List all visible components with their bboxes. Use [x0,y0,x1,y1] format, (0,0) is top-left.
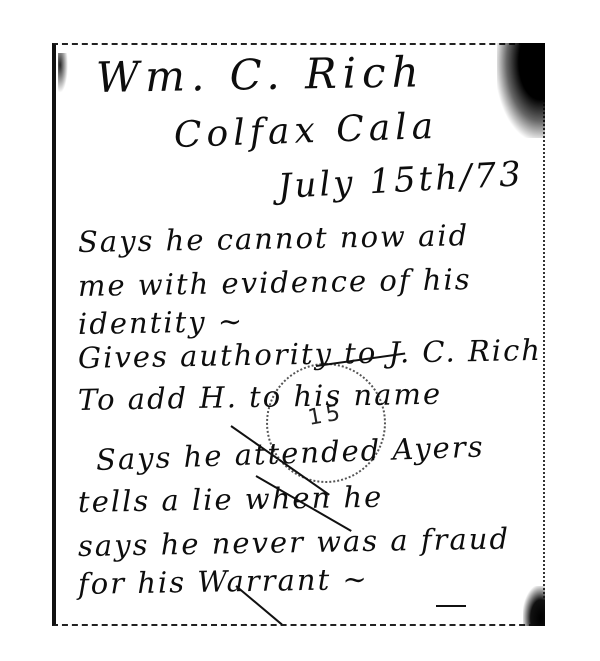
place-name: Colfax Cala [173,106,439,156]
body-line: for his Warrant ~ [78,562,369,601]
body-line: To add H. to his name [78,377,443,417]
bottom-corner-ink-smudge [523,586,545,626]
body-line: Says he attended Ayers [95,429,485,477]
body-line: Says he cannot now aid [78,218,470,259]
corner-ink-smudge [497,43,545,138]
document-sheet: Wm. C. Rich Colfax Cala July 15th/73 15 … [52,43,545,626]
closing-dash [436,605,466,607]
body-line: says he never was a fraud [78,521,511,563]
left-edge-ink-blot [58,53,68,93]
addressee-name: Wm. C. Rich [96,47,425,102]
body-line: tells a lie when he [78,480,384,519]
body-line: identity ~ [78,304,245,341]
document-date: July 15th/73 [277,154,525,207]
body-line: Gives authority to J. C. Rich [78,333,543,375]
body-line: me with evidence of his [78,262,472,303]
